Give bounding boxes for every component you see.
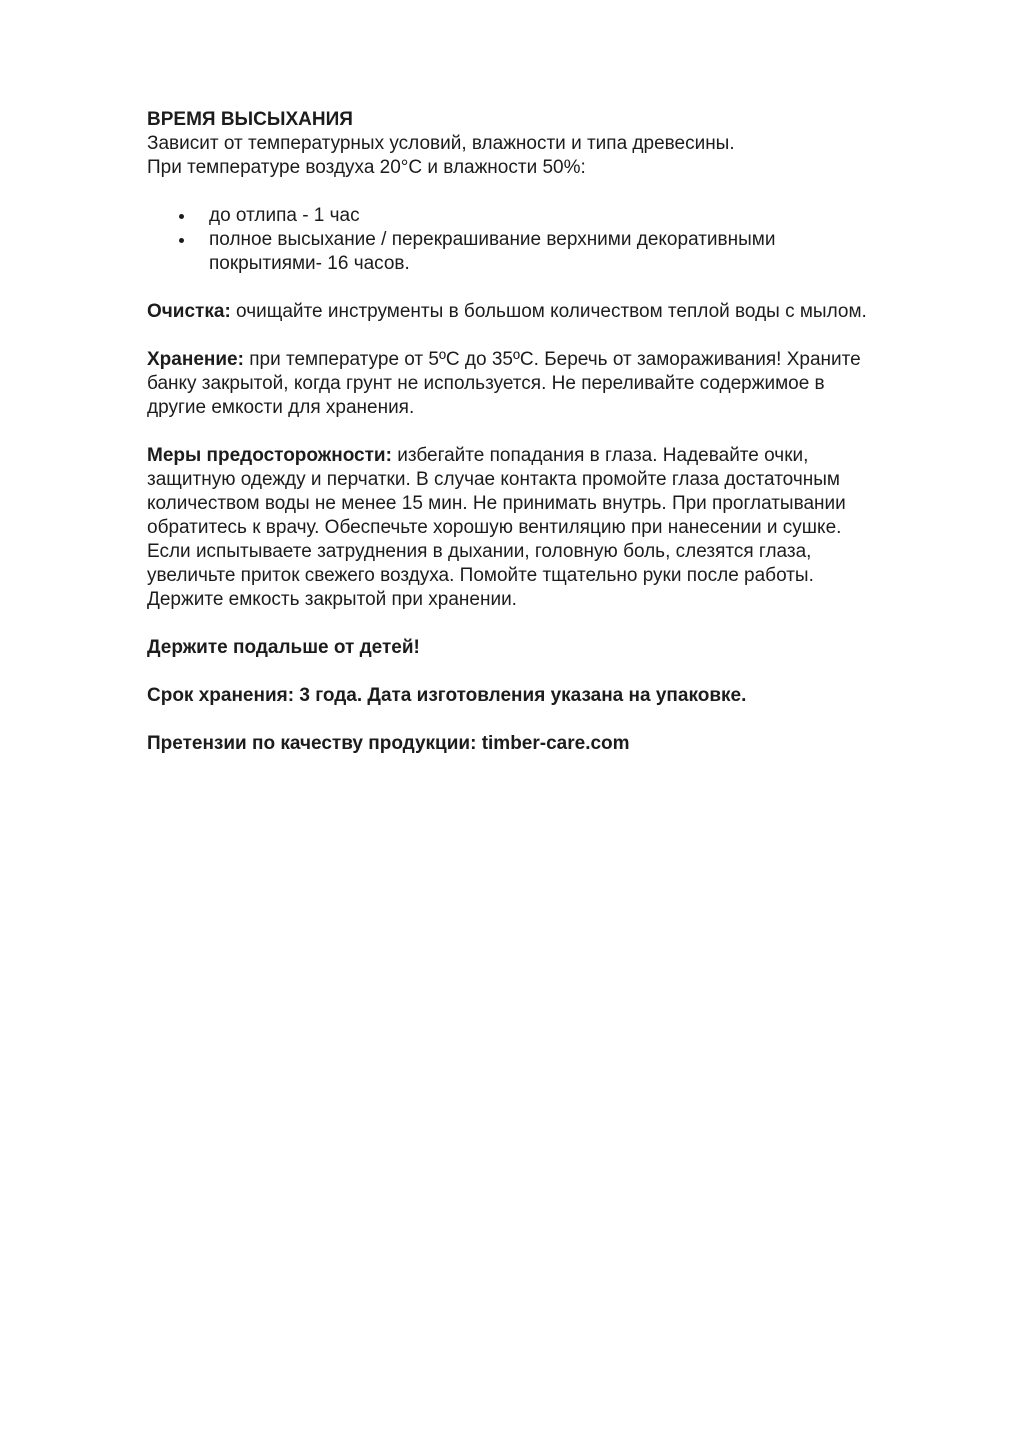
cleaning-label: Очистка: [147,301,231,322]
bullet-item: полное высыхание / перекрашивание верхни… [147,228,947,276]
cleaning-line: Очистка: очищайте инструменты в большом … [147,300,947,324]
storage-section: Хранение: при температуре от 5ºС до 35ºС… [147,348,947,420]
precautions-line: Меры предосторожности: избегайте попадан… [147,444,947,468]
document-page: ВРЕМЯ ВЫСЫХАНИЯ Зависит от температурных… [147,108,947,756]
precautions-line: Держите емкость закрытой при хранении. [147,588,947,612]
precautions-label: Меры предосторожности: [147,445,392,466]
shelf-life: Срок хранения: 3 года. Дата изготовления… [147,684,947,708]
storage-text: при температуре от 5ºС до 35ºС. Беречь о… [249,349,860,370]
claims-section: Претензии по качеству продукции: timber-… [147,732,947,756]
drying-bullet-list: до отлипа - 1 час полное высыхание / пер… [147,204,947,276]
bullet-text: полное высыхание / перекрашивание верхни… [209,228,947,252]
claims-website: timber-care.com [482,733,630,754]
bullet-text: до отлипа - 1 час [209,204,947,228]
precautions-line: количеством воды не менее 15 мин. Не при… [147,492,947,516]
storage-line: Хранение: при температуре от 5ºС до 35ºС… [147,348,947,372]
drying-line: Зависит от температурных условий, влажно… [147,132,947,156]
cleaning-section: Очистка: очищайте инструменты в большом … [147,300,947,324]
cleaning-text: очищайте инструменты в большом количеств… [236,301,867,322]
precautions-text: избегайте попадания в глаза. Надевайте о… [397,445,808,466]
claims-label: Претензии по качеству продукции: [147,733,476,754]
precautions-line: увеличьте приток свежего воздуха. Помойт… [147,564,947,588]
bullet-item: до отлипа - 1 час [147,204,947,228]
storage-label: Хранение: [147,349,244,370]
storage-line: другие емкости для хранения. [147,396,947,420]
bullet-icon [179,214,184,219]
precautions-line: Если испытываете затруднения в дыхании, … [147,540,947,564]
bullet-text: покрытиями- 16 часов. [209,252,947,276]
precautions-line: обратитесь к врачу. Обеспечьте хорошую в… [147,516,947,540]
drying-time-heading: ВРЕМЯ ВЫСЫХАНИЯ [147,108,947,132]
drying-line: При температуре воздуха 20°С и влажности… [147,156,947,180]
children-warning-section: Держите подальше от детей! [147,636,947,660]
shelf-life-section: Срок хранения: 3 года. Дата изготовления… [147,684,947,708]
storage-line: банку закрытой, когда грунт не используе… [147,372,947,396]
drying-time-section: ВРЕМЯ ВЫСЫХАНИЯ Зависит от температурных… [147,108,947,276]
precautions-line: защитную одежду и перчатки. В случае кон… [147,468,947,492]
bullet-icon [179,238,184,243]
claims-line: Претензии по качеству продукции: timber-… [147,732,947,756]
children-warning: Держите подальше от детей! [147,636,947,660]
precautions-section: Меры предосторожности: избегайте попадан… [147,444,947,612]
